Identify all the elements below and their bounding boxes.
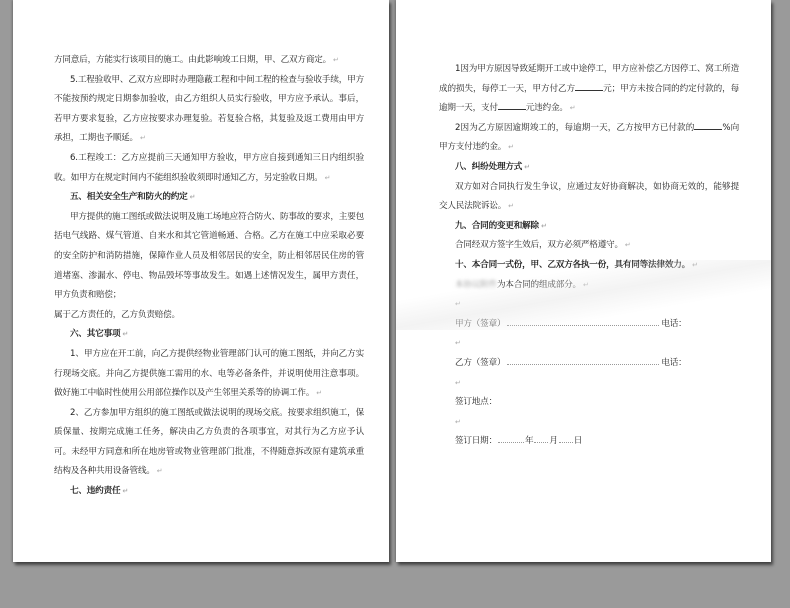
- section-heading-5: 五、相关安全生产和防火的约定↵: [54, 188, 364, 208]
- paragraph-attachments: 本协议附件为本合同的组成部分。↵: [439, 276, 739, 296]
- paragraph-mark-icon: ↵: [122, 487, 128, 495]
- signature-line: [507, 358, 659, 365]
- day-label: 日: [574, 432, 582, 452]
- paragraph-dispute: 双方如对合同执行发生争议，应通过友好协商解决，如协商无效的，能够提交人民法院诉讼…: [439, 178, 739, 217]
- section-heading-8: 八、纠纷处理方式↵: [439, 158, 739, 178]
- place-label: 签订地点：: [455, 393, 497, 413]
- page-content: 1因为甲方原因导致延期开工或中途停工，甲方应补偿乙方因停工、窝工所造成的损失，每…: [439, 60, 739, 452]
- paragraph-amendment: 合同经双方签字生效后，双方必须严格遵守。↵: [439, 236, 739, 256]
- signing-place: 签订地点：: [439, 393, 739, 413]
- paragraph-mark-icon: ↵: [570, 104, 576, 112]
- section-heading-7: 七、违约责任↵: [54, 482, 364, 502]
- paragraph-mark-icon: ↵: [316, 389, 322, 397]
- day-blank: [559, 436, 573, 443]
- paragraph-other-2: 2、乙方参加甲方组织的施工图纸或做法说明的现场交底。按要求组织施工，保质保量、按…: [54, 404, 364, 482]
- signature-line: [507, 319, 659, 326]
- empty-paragraph: ↵: [439, 374, 739, 394]
- blank-field: [498, 100, 526, 110]
- blank-field: [575, 81, 603, 91]
- paragraph-completion: 6.工程竣工：乙方应提前三天通知甲方验收，甲方应自接到通知三日内组织验收。如甲方…: [54, 149, 364, 188]
- paragraph-mark-icon: ↵: [524, 163, 530, 171]
- paragraph: 方同意后，方能实行该项目的施工。由此影响竣工日期，甲、乙双方商定。↵: [54, 51, 364, 71]
- section-heading-9: 九、合同的变更和解除↵: [439, 217, 739, 237]
- paragraph-other-1: 1、甲方应在开工前，向乙方提供经物业管理部门认可的施工图纸，并向乙方实行现场交底…: [54, 345, 364, 404]
- paragraph-penalty-2: 2因为乙方原因逾期竣工的，每逾期一天，乙方按甲方已付款的%向甲方支付违约金。↵: [439, 119, 739, 158]
- paragraph-mark-icon: ↵: [541, 222, 547, 230]
- paragraph-mark-icon: ↵: [508, 143, 514, 151]
- signing-date: 签订日期： 年 月 日: [439, 432, 739, 452]
- paragraph-mark-icon: ↵: [625, 241, 631, 249]
- paragraph-mark-icon: ↵: [190, 193, 196, 201]
- empty-paragraph: ↵: [439, 334, 739, 354]
- document-page-right: 1因为甲方原因导致延期开工或中途停工，甲方应补偿乙方因停工、窝工所造成的损失，每…: [396, 0, 771, 562]
- paragraph-safety: 甲方提供的施工图纸或做法说明及施工场地应符合防火、防事故的要求，主要包括电气线路…: [54, 208, 364, 306]
- party-a-label: 甲方（签章）: [455, 315, 505, 335]
- document-page-left: 方同意后，方能实行该项目的施工。由此影响竣工日期，甲、乙双方商定。↵ 5.工程验…: [13, 0, 389, 562]
- signature-party-b: 乙方（签章） 电话：: [439, 354, 739, 374]
- party-b-phone-label: 电话：: [661, 354, 686, 374]
- empty-paragraph: ↵: [439, 413, 739, 433]
- paragraph-liability: 属于乙方责任的，乙方负责赔偿。: [54, 306, 364, 326]
- year-label: 年: [525, 432, 533, 452]
- empty-paragraph: ↵: [439, 295, 739, 315]
- paragraph-mark-icon: ↵: [508, 202, 514, 210]
- year-blank: [498, 436, 524, 443]
- paragraph-mark-icon: ↵: [140, 134, 146, 142]
- paragraph-mark-icon: ↵: [583, 281, 589, 289]
- page-content: 方同意后，方能实行该项目的施工。由此影响竣工日期，甲、乙双方商定。↵ 5.工程验…: [54, 51, 364, 502]
- paragraph-mark-icon: ↵: [325, 174, 331, 182]
- section-heading-6: 六、其它事项↵: [54, 325, 364, 345]
- signature-party-a: 甲方（签章） 电话：: [439, 315, 739, 335]
- paragraph-mark-icon: ↵: [692, 261, 698, 269]
- paragraph-mark-icon: ↵: [122, 330, 128, 338]
- section-heading-10: 十、本合同一式份，甲、乙双方各执一份，具有同等法律效力。↵: [439, 256, 739, 276]
- month-label: 月: [549, 432, 557, 452]
- paragraph-penalty-1: 1因为甲方原因导致延期开工或中途停工，甲方应补偿乙方因停工、窝工所造成的损失，每…: [439, 60, 739, 119]
- paragraph-mark-icon: ↵: [157, 467, 163, 475]
- paragraph-mark-icon: ↵: [333, 56, 339, 64]
- month-blank: [534, 436, 548, 443]
- party-b-label: 乙方（签章）: [455, 354, 505, 374]
- blank-field: [694, 120, 722, 130]
- date-label: 签订日期：: [455, 432, 497, 452]
- party-a-phone-label: 电话：: [661, 315, 686, 335]
- paragraph-acceptance: 5.工程验收甲、乙双方应即时办理隐蔽工程和中间工程的检查与验收手续，甲方不能按预…: [54, 71, 364, 149]
